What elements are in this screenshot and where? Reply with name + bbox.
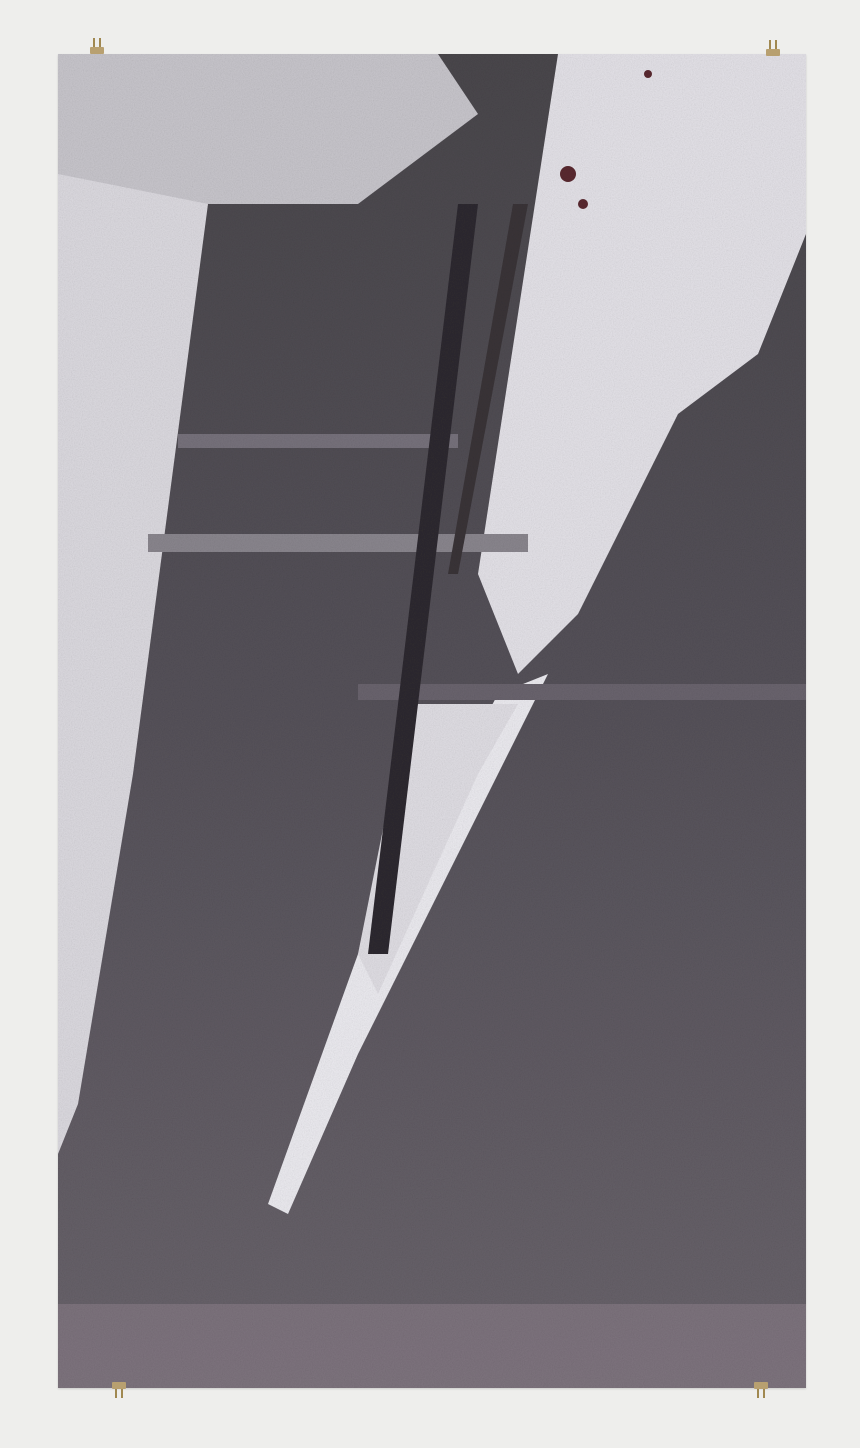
binder-clip-bottom-right [754,1382,768,1398]
binder-clip-top-left [90,38,104,54]
artwork-print [58,54,806,1388]
binder-clip-bottom-left [112,1382,126,1398]
abstract-composition [58,54,806,1388]
binder-clip-top-right [766,40,780,56]
